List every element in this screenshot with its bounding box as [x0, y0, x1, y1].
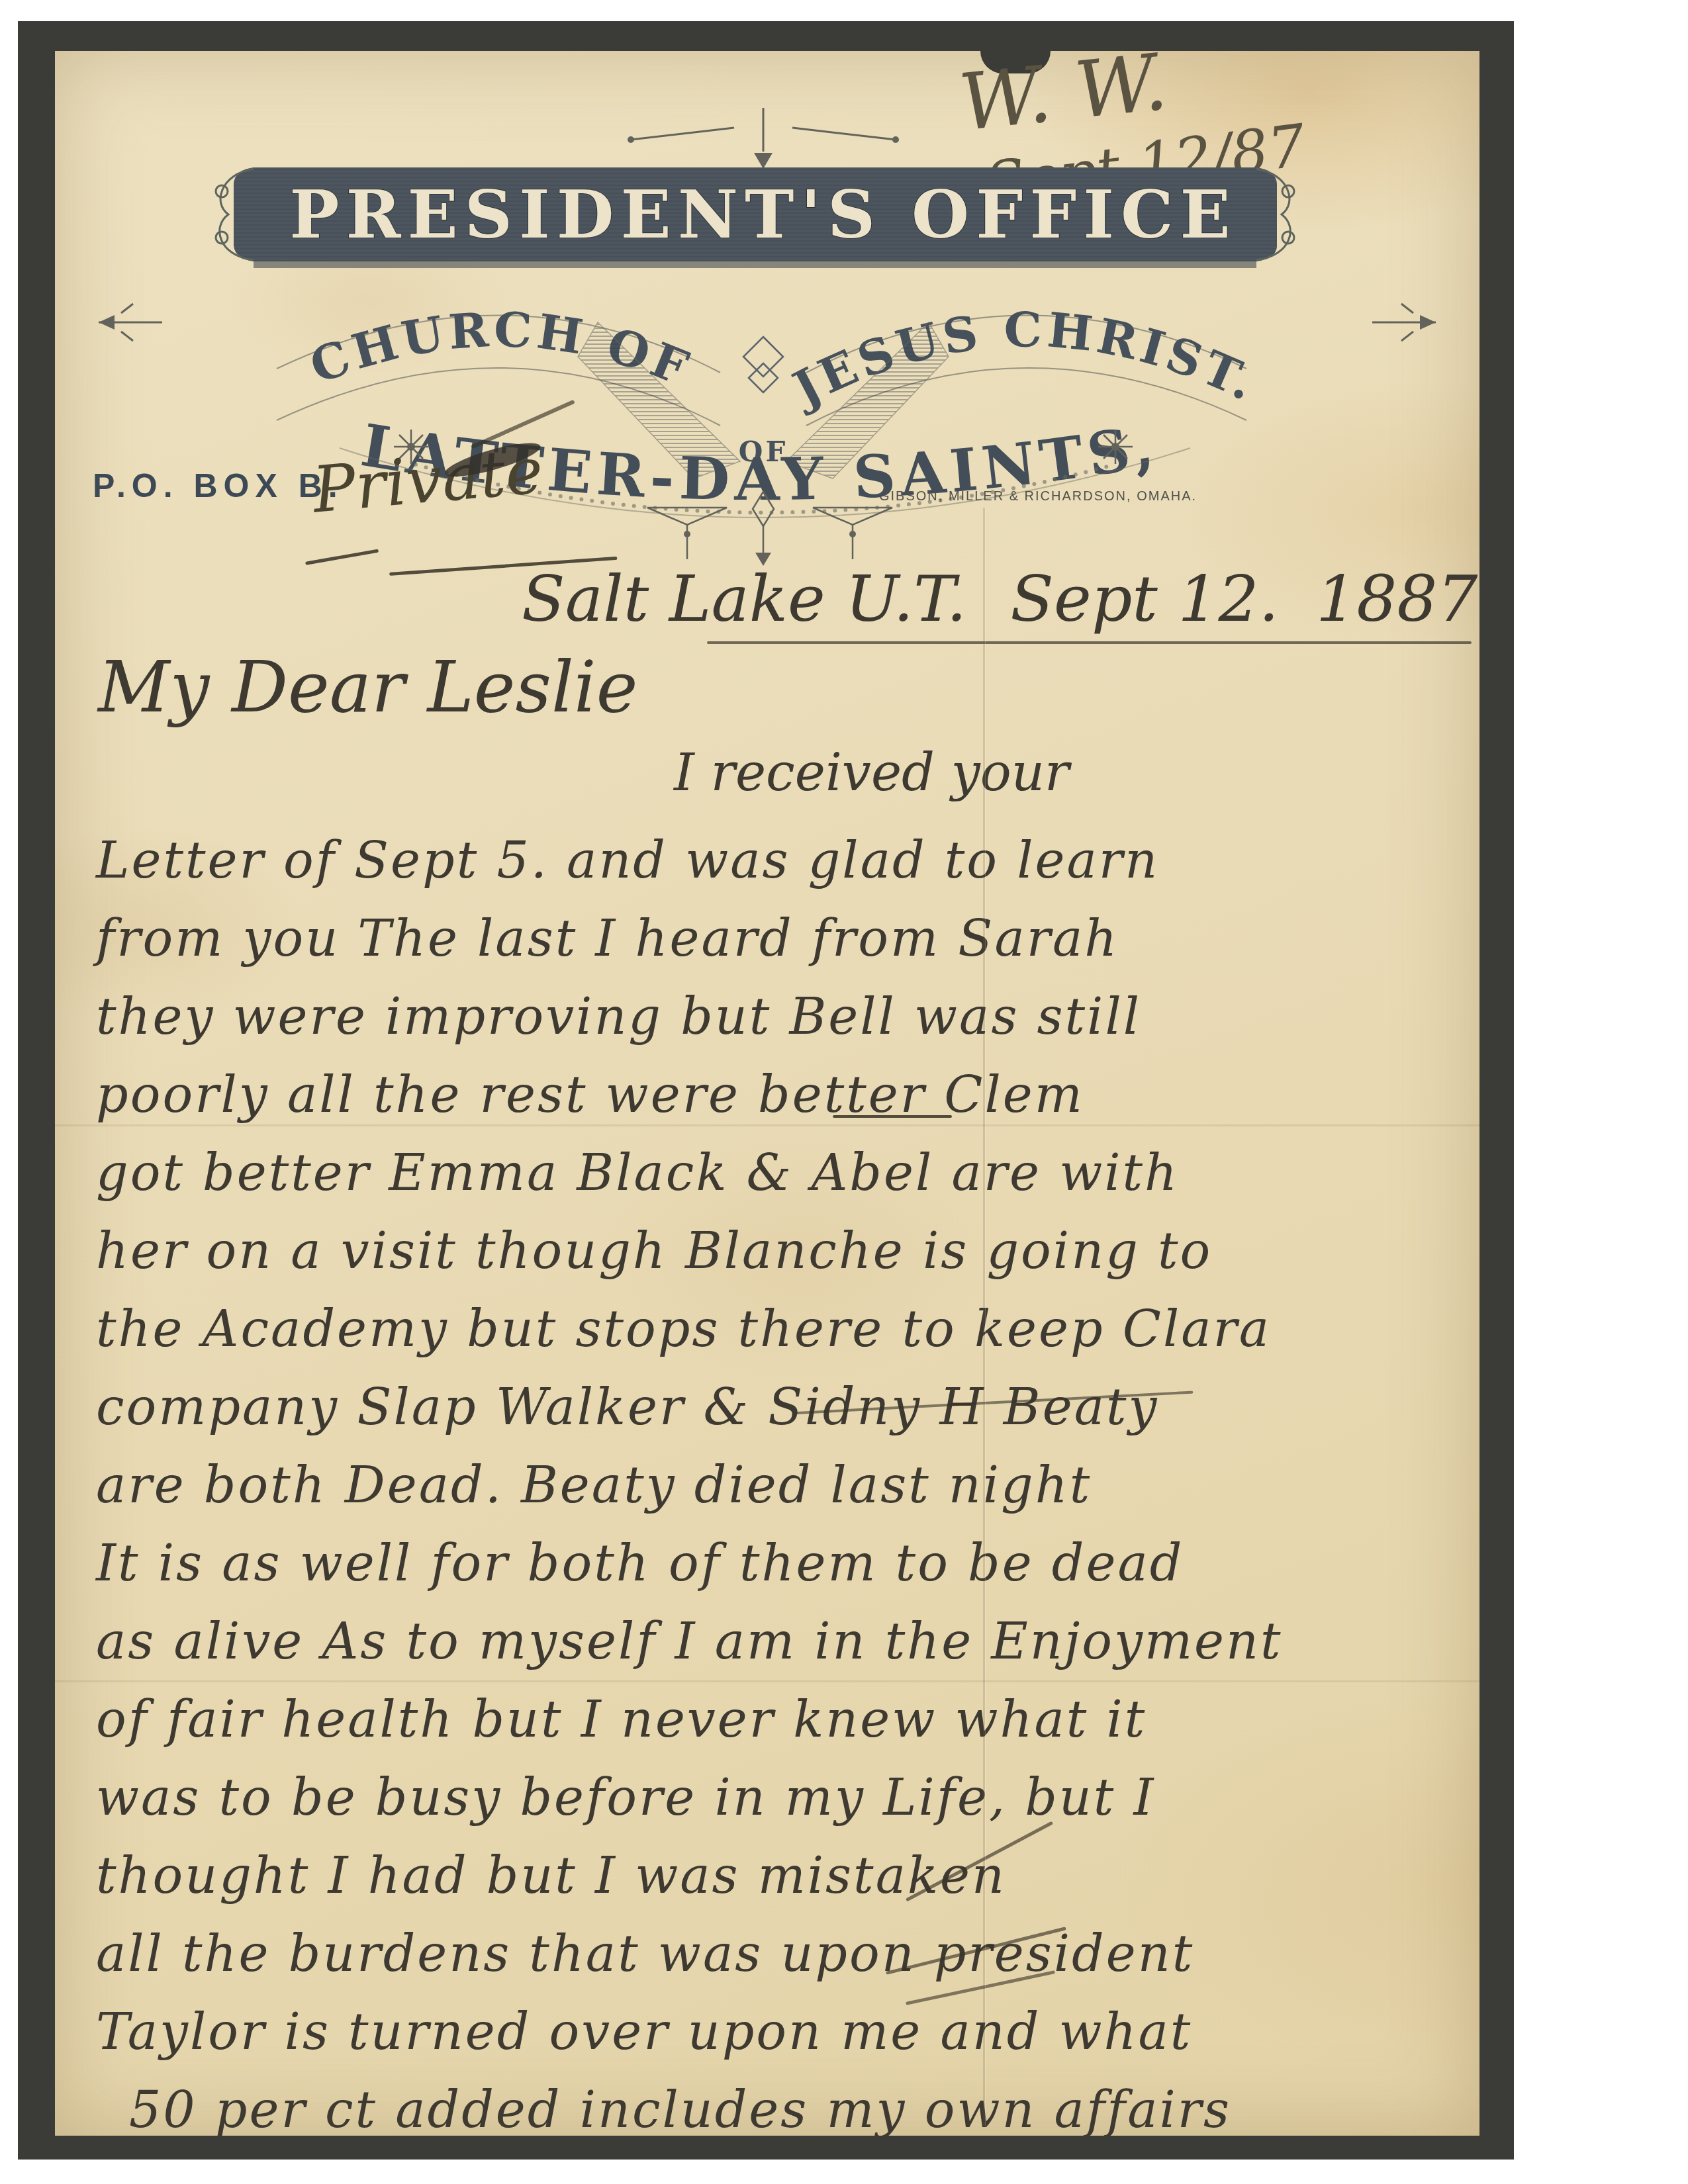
letter-line: Taylor is turned over upon me and what — [96, 1993, 1466, 2071]
letter-line: poorly all the rest were better Clem — [96, 1056, 1466, 1134]
opening-line: I received your — [674, 743, 1069, 803]
letterhead-engraving: PRESIDENT'S OFFICE — [55, 104, 1479, 607]
letterhead-banner: PRESIDENT'S OFFICE — [216, 167, 1294, 268]
letter-line: thought I had but I was mistaken — [96, 1837, 1466, 1915]
letter-line: as alive As to myself I am in the Enjoym… — [96, 1602, 1466, 1680]
salutation: My Dear Leslie — [98, 647, 637, 728]
letter-line: all the burdens that was upon president — [96, 1915, 1466, 1993]
letter-line: was to be busy before in my Life, but I — [96, 1758, 1466, 1837]
letter-line: of fair health but I never knew what it — [96, 1680, 1466, 1758]
scan-dark-mat: W. W. Sept 12/87 — [18, 21, 1514, 2160]
dateline: Salt Lake U.T.Sept 12.1887 — [522, 562, 1477, 636]
letter-line: company Slap Walker & Sidny H Beaty — [96, 1368, 1466, 1446]
letterhead-side-ornament-left — [99, 304, 162, 341]
letter-line: are both Dead. Beaty died last night — [96, 1446, 1466, 1524]
letterhead-side-ornament-right — [1372, 304, 1436, 341]
horizontal-fold-crease-1 — [55, 1124, 1479, 1126]
letter-line: got better Emma Black & Abel are with — [96, 1134, 1466, 1212]
letter-line: It is as well for both of them to be dea… — [96, 1524, 1466, 1602]
clem-underline — [833, 1115, 952, 1118]
letterhead-top-ornament — [628, 108, 899, 169]
letter-line: 50 per ct added includes my own affairs — [96, 2071, 1466, 2149]
letter-line: her on a visit though Blanche is going t… — [96, 1212, 1466, 1290]
letter-body: Letter of Sept 5. and was glad to learn … — [96, 821, 1466, 2149]
letter-line: from you The last I heard from Sarah — [96, 899, 1466, 978]
letterhead-office-title: PRESIDENT'S OFFICE — [289, 175, 1237, 253]
dateline-date: Sept 12. — [1010, 562, 1279, 636]
dateline-year: 1887 — [1316, 562, 1477, 636]
printer-credit: GIBSON, MILLER & RICHARDSON, OMAHA. — [879, 489, 1197, 504]
horizontal-fold-crease-2 — [55, 1680, 1479, 1682]
po-box-label: P.O. BOX B. — [93, 467, 344, 505]
dateline-underline — [707, 641, 1472, 644]
scanned-letter-page: W. W. Sept 12/87 — [0, 0, 1688, 2184]
vertical-fold-crease — [983, 508, 985, 2126]
letter-line: the Academy but stops there to keep Clar… — [96, 1290, 1466, 1368]
letterhead-ribbons: CHURCH OF JESUS CHRIST. — [277, 301, 1268, 426]
letter-line: Letter of Sept 5. and was glad to learn — [96, 821, 1466, 899]
letter-paper: W. W. Sept 12/87 — [55, 51, 1479, 2136]
letter-line: they were improving but Bell was still — [96, 978, 1466, 1056]
dateline-place: Salt Lake U.T. — [522, 562, 966, 636]
